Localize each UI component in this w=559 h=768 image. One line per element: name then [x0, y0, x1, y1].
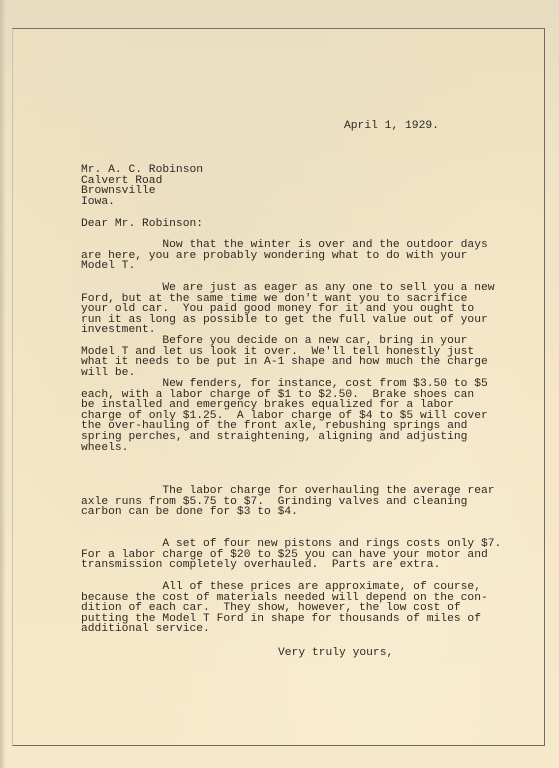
paragraph: Before you decide on a new car, bring in…	[81, 336, 488, 378]
salutation: Dear Mr. Robinson:	[81, 219, 203, 230]
paragraph: New fenders, for instance, cost from $3.…	[81, 379, 488, 453]
letter-date: April 1, 1929.	[344, 121, 439, 132]
paragraph: A set of four new pistons and rings cost…	[81, 539, 501, 571]
closing: Very truly yours,	[278, 648, 393, 659]
paragraph: The labor charge for overhauling the ave…	[81, 486, 495, 518]
paragraph: All of these prices are approximate, of …	[81, 582, 488, 635]
paragraph: We are just as eager as any one to sell …	[81, 283, 495, 336]
paragraph: Now that the winter is over and the outd…	[81, 240, 488, 272]
recipient-address: Mr. A. C. Robinson Calvert Road Brownsvi…	[81, 165, 203, 207]
recipient-state: Iowa.	[81, 196, 115, 208]
page-edge-shadow	[0, 0, 6, 768]
